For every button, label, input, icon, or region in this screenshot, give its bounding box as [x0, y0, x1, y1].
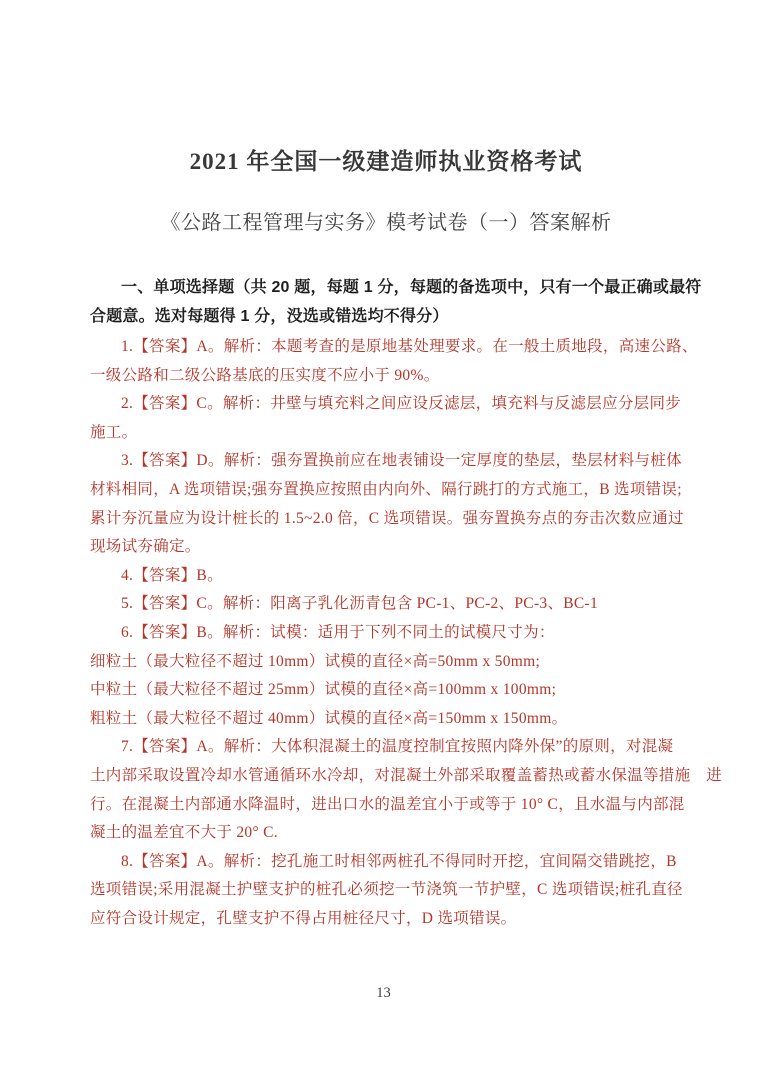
answer-line-q7: 凝土的温差宜不大于 20° C.	[90, 819, 682, 848]
page-title: 2021 年全国一级建造师执业资格考试	[90, 146, 682, 178]
answer-line-q2: 2.【答案】C。解析：井壁与填充料之间应设反滤层，填充料与反滤层应分层同步	[90, 390, 682, 419]
answer-line-q6: 细粒土（最大粒径不超过 10mm）试模的直径×高=50mm x 50mm;	[90, 648, 682, 677]
answer-line-q6: 中粒土（最大粒径不超过 25mm）试模的直径×高=100mm x 100mm;	[90, 676, 682, 705]
answer-line-q3: 累计夯沉量应为设计桩长的 1.5~2.0 倍，C 选项错误。强夯置换夯点的夯击次…	[90, 505, 682, 534]
answer-line-q1: 1.【答案】A。解析：本题考查的是原地基处理要求。在一般土质地段，高速公路、	[90, 333, 682, 362]
document-content: 2021 年全国一级建造师执业资格考试 《公路工程管理与实务》模考试卷（一）答案…	[0, 146, 767, 933]
page-number: 13	[0, 985, 767, 1002]
answer-line-q2: 施工。	[90, 419, 682, 448]
answers-block: 1.【答案】A。解析：本题考查的是原地基处理要求。在一般土质地段，高速公路、 一…	[90, 333, 682, 933]
answer-line-q6: 6.【答案】B。解析：试模：适用于下列不同土的试模尺寸为：	[90, 619, 682, 648]
answer-line-q6: 粗粒土（最大粒径不超过 40mm）试模的直径×高=150mm x 150mm。	[90, 705, 682, 734]
answer-line-q3: 材料相同，A 选项错误;强夯置换应按照由内向外、隔行跳打的方式施工，B 选项错误…	[90, 476, 682, 505]
answer-line-q8: 选项错误;采用混凝土护壁支护的桩孔必须挖一节浇筑一节护壁，C 选项错误;桩孔直径	[90, 876, 682, 905]
answer-line-q1: 一级公路和二级公路基底的压实度不应小于 90%。	[90, 362, 682, 391]
answer-line-q8: 8.【答案】A。解析：挖孔施工时相邻两桩孔不得同时开挖，宜间隔交错跳挖，B	[90, 848, 682, 877]
answer-line-q5: 5.【答案】C。解析：阳离子乳化沥青包含 PC-1、PC-2、PC-3、BC-1	[90, 590, 682, 619]
document-page: 2021 年全国一级建造师执业资格考试 《公路工程管理与实务》模考试卷（一）答案…	[0, 0, 767, 1080]
page-subtitle: 《公路工程管理与实务》模考试卷（一）答案解析	[90, 209, 682, 237]
answer-line-q4: 4.【答案】B。	[90, 562, 682, 591]
section-heading: 一、单项选择题（共 20 题，每题 1 分，每题的备选项中，只有一个最正确或最符…	[90, 273, 682, 331]
answer-line-q7: 7.【答案】A。解析：大体积混凝土的温度控制宜按照内降外保”的原则，对混凝	[90, 733, 682, 762]
answer-line-q7: 土内部采取设置冷却水管通循环水冷却，对混凝土外部采取覆盖蓄热或蓄水保温等措施 进	[90, 762, 682, 791]
answer-line-q7: 行。在混凝土内部通水降温时，进出口水的温差宜小于或等于 10° C，且水温与内部…	[90, 791, 682, 820]
section-heading-line: 合题意。选对每题得 1 分，没选或错选均不得分）	[90, 302, 682, 331]
answer-line-q8: 应符合设计规定，孔壁支护不得占用桩径尺寸，D 选项错误。	[90, 905, 682, 934]
section-heading-line: 一、单项选择题（共 20 题，每题 1 分，每题的备选项中，只有一个最正确或最符	[90, 273, 682, 302]
answer-line-q3: 3.【答案】D。解析：强夯置换前应在地表铺设一定厚度的垫层，垫层材料与桩体	[90, 447, 682, 476]
answer-line-q3: 现场试夯确定。	[90, 533, 682, 562]
